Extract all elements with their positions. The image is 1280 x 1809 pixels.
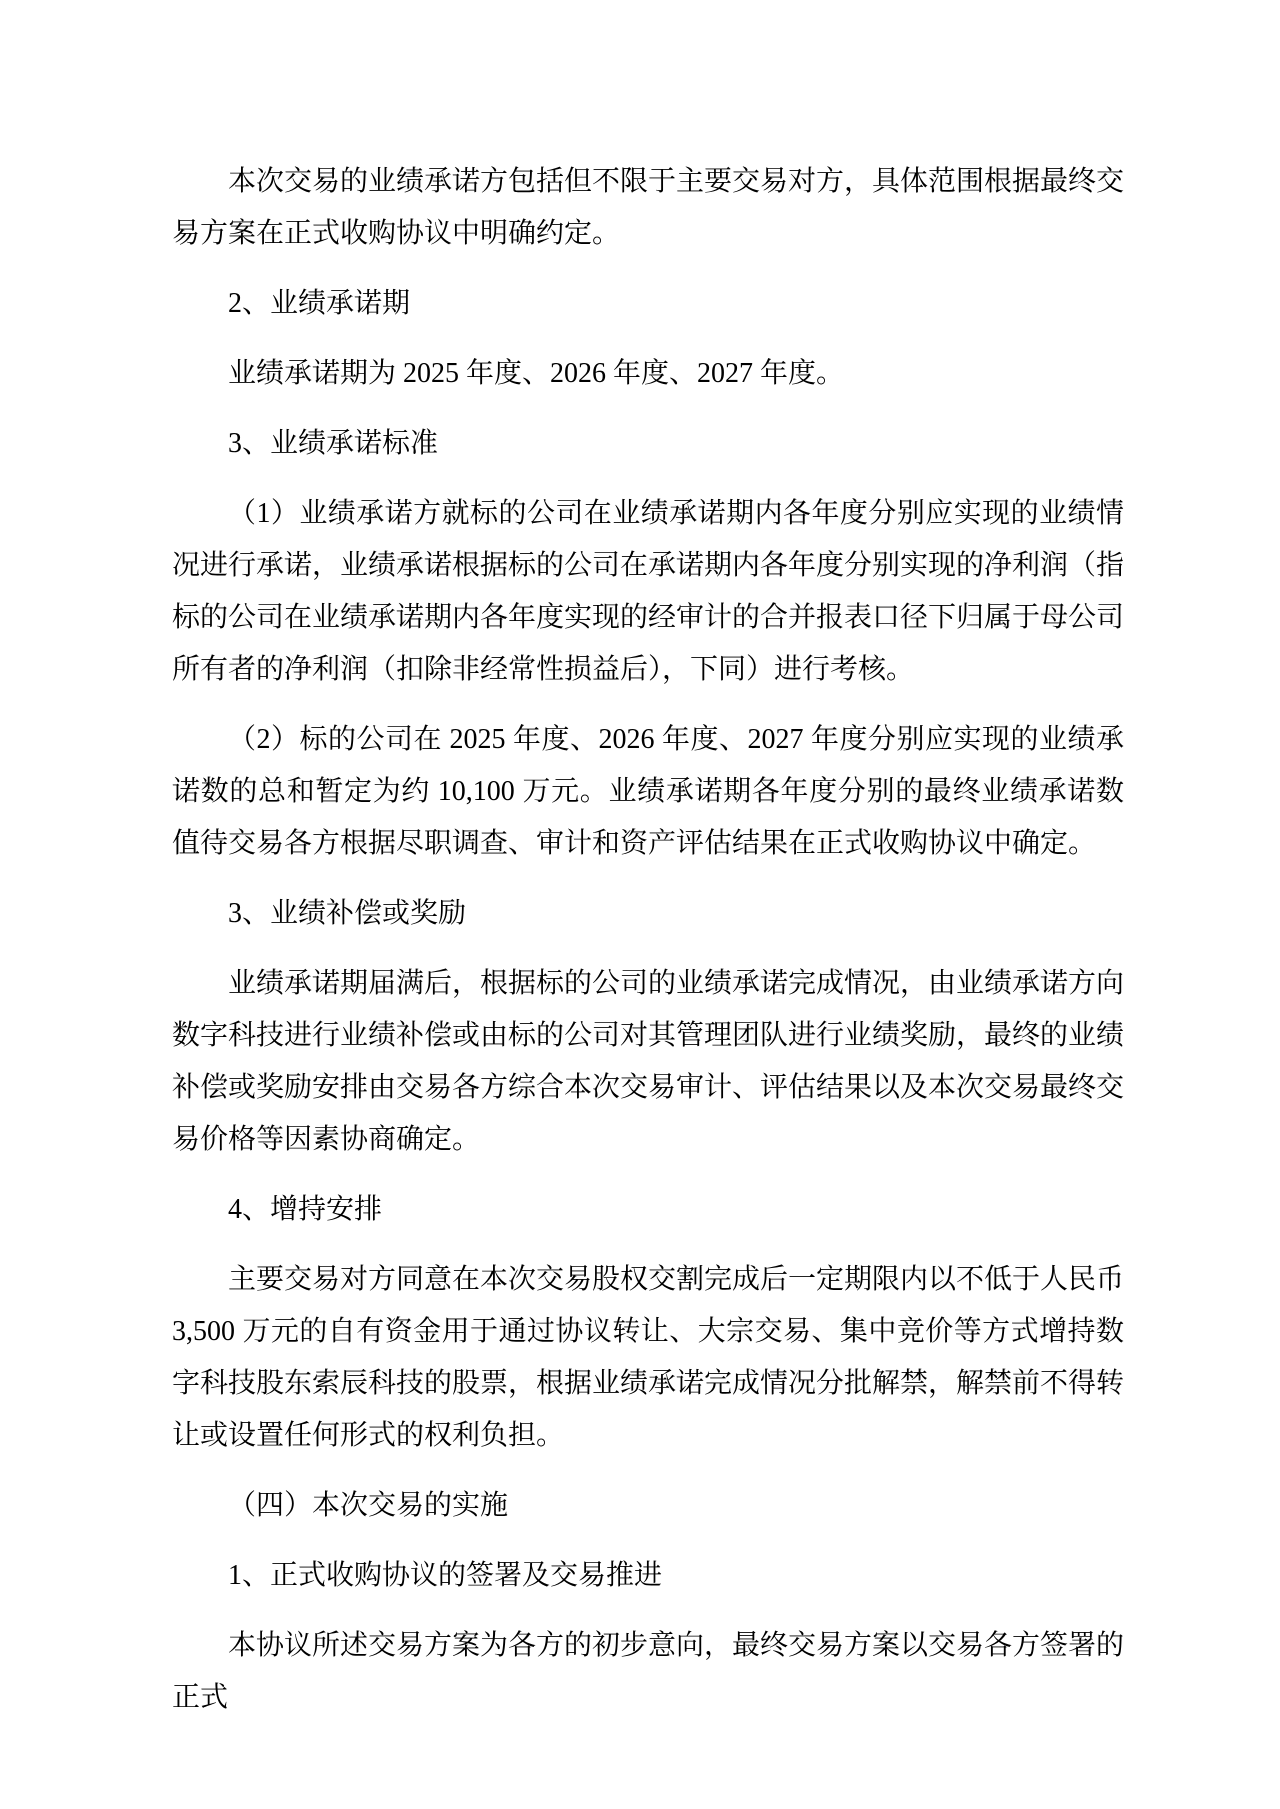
- paragraph-commitment-standard-item-2: （2）标的公司在 2025 年度、2026 年度、2027 年度分别应实现的业绩…: [172, 714, 1124, 870]
- paragraph-preliminary-intention: 本协议所述交易方案为各方的初步意向，最终交易方案以交易各方签署的正式: [172, 1620, 1124, 1724]
- heading-2-commitment-period: 2、业绩承诺期: [172, 278, 1124, 330]
- document-page: 本次交易的业绩承诺方包括但不限于主要交易对方，具体范围根据最终交易方案在正式收购…: [0, 0, 1280, 1809]
- paragraph-shareholding-increase-detail: 主要交易对方同意在本次交易股权交割完成后一定期限内以不低于人民币 3,500 万…: [172, 1254, 1124, 1462]
- heading-1-formal-agreement-signing: 1、正式收购协议的签署及交易推进: [172, 1550, 1124, 1602]
- paragraph-compensation-or-reward-detail: 业绩承诺期届满后，根据标的公司的业绩承诺完成情况，由业绩承诺方向数字科技进行业绩…: [172, 958, 1124, 1166]
- paragraph-commitment-parties-scope: 本次交易的业绩承诺方包括但不限于主要交易对方，具体范围根据最终交易方案在正式收购…: [172, 156, 1124, 260]
- heading-section-4-transaction-implementation: （四）本次交易的实施: [172, 1480, 1124, 1532]
- heading-4-shareholding-increase: 4、增持安排: [172, 1184, 1124, 1236]
- paragraph-commitment-standard-item-1: （1）业绩承诺方就标的公司在业绩承诺期内各年度分别应实现的业绩情况进行承诺，业绩…: [172, 488, 1124, 696]
- paragraph-commitment-period-years: 业绩承诺期为 2025 年度、2026 年度、2027 年度。: [172, 348, 1124, 400]
- heading-3-commitment-standard: 3、业绩承诺标准: [172, 418, 1124, 470]
- heading-3-compensation-or-reward: 3、业绩补偿或奖励: [172, 888, 1124, 940]
